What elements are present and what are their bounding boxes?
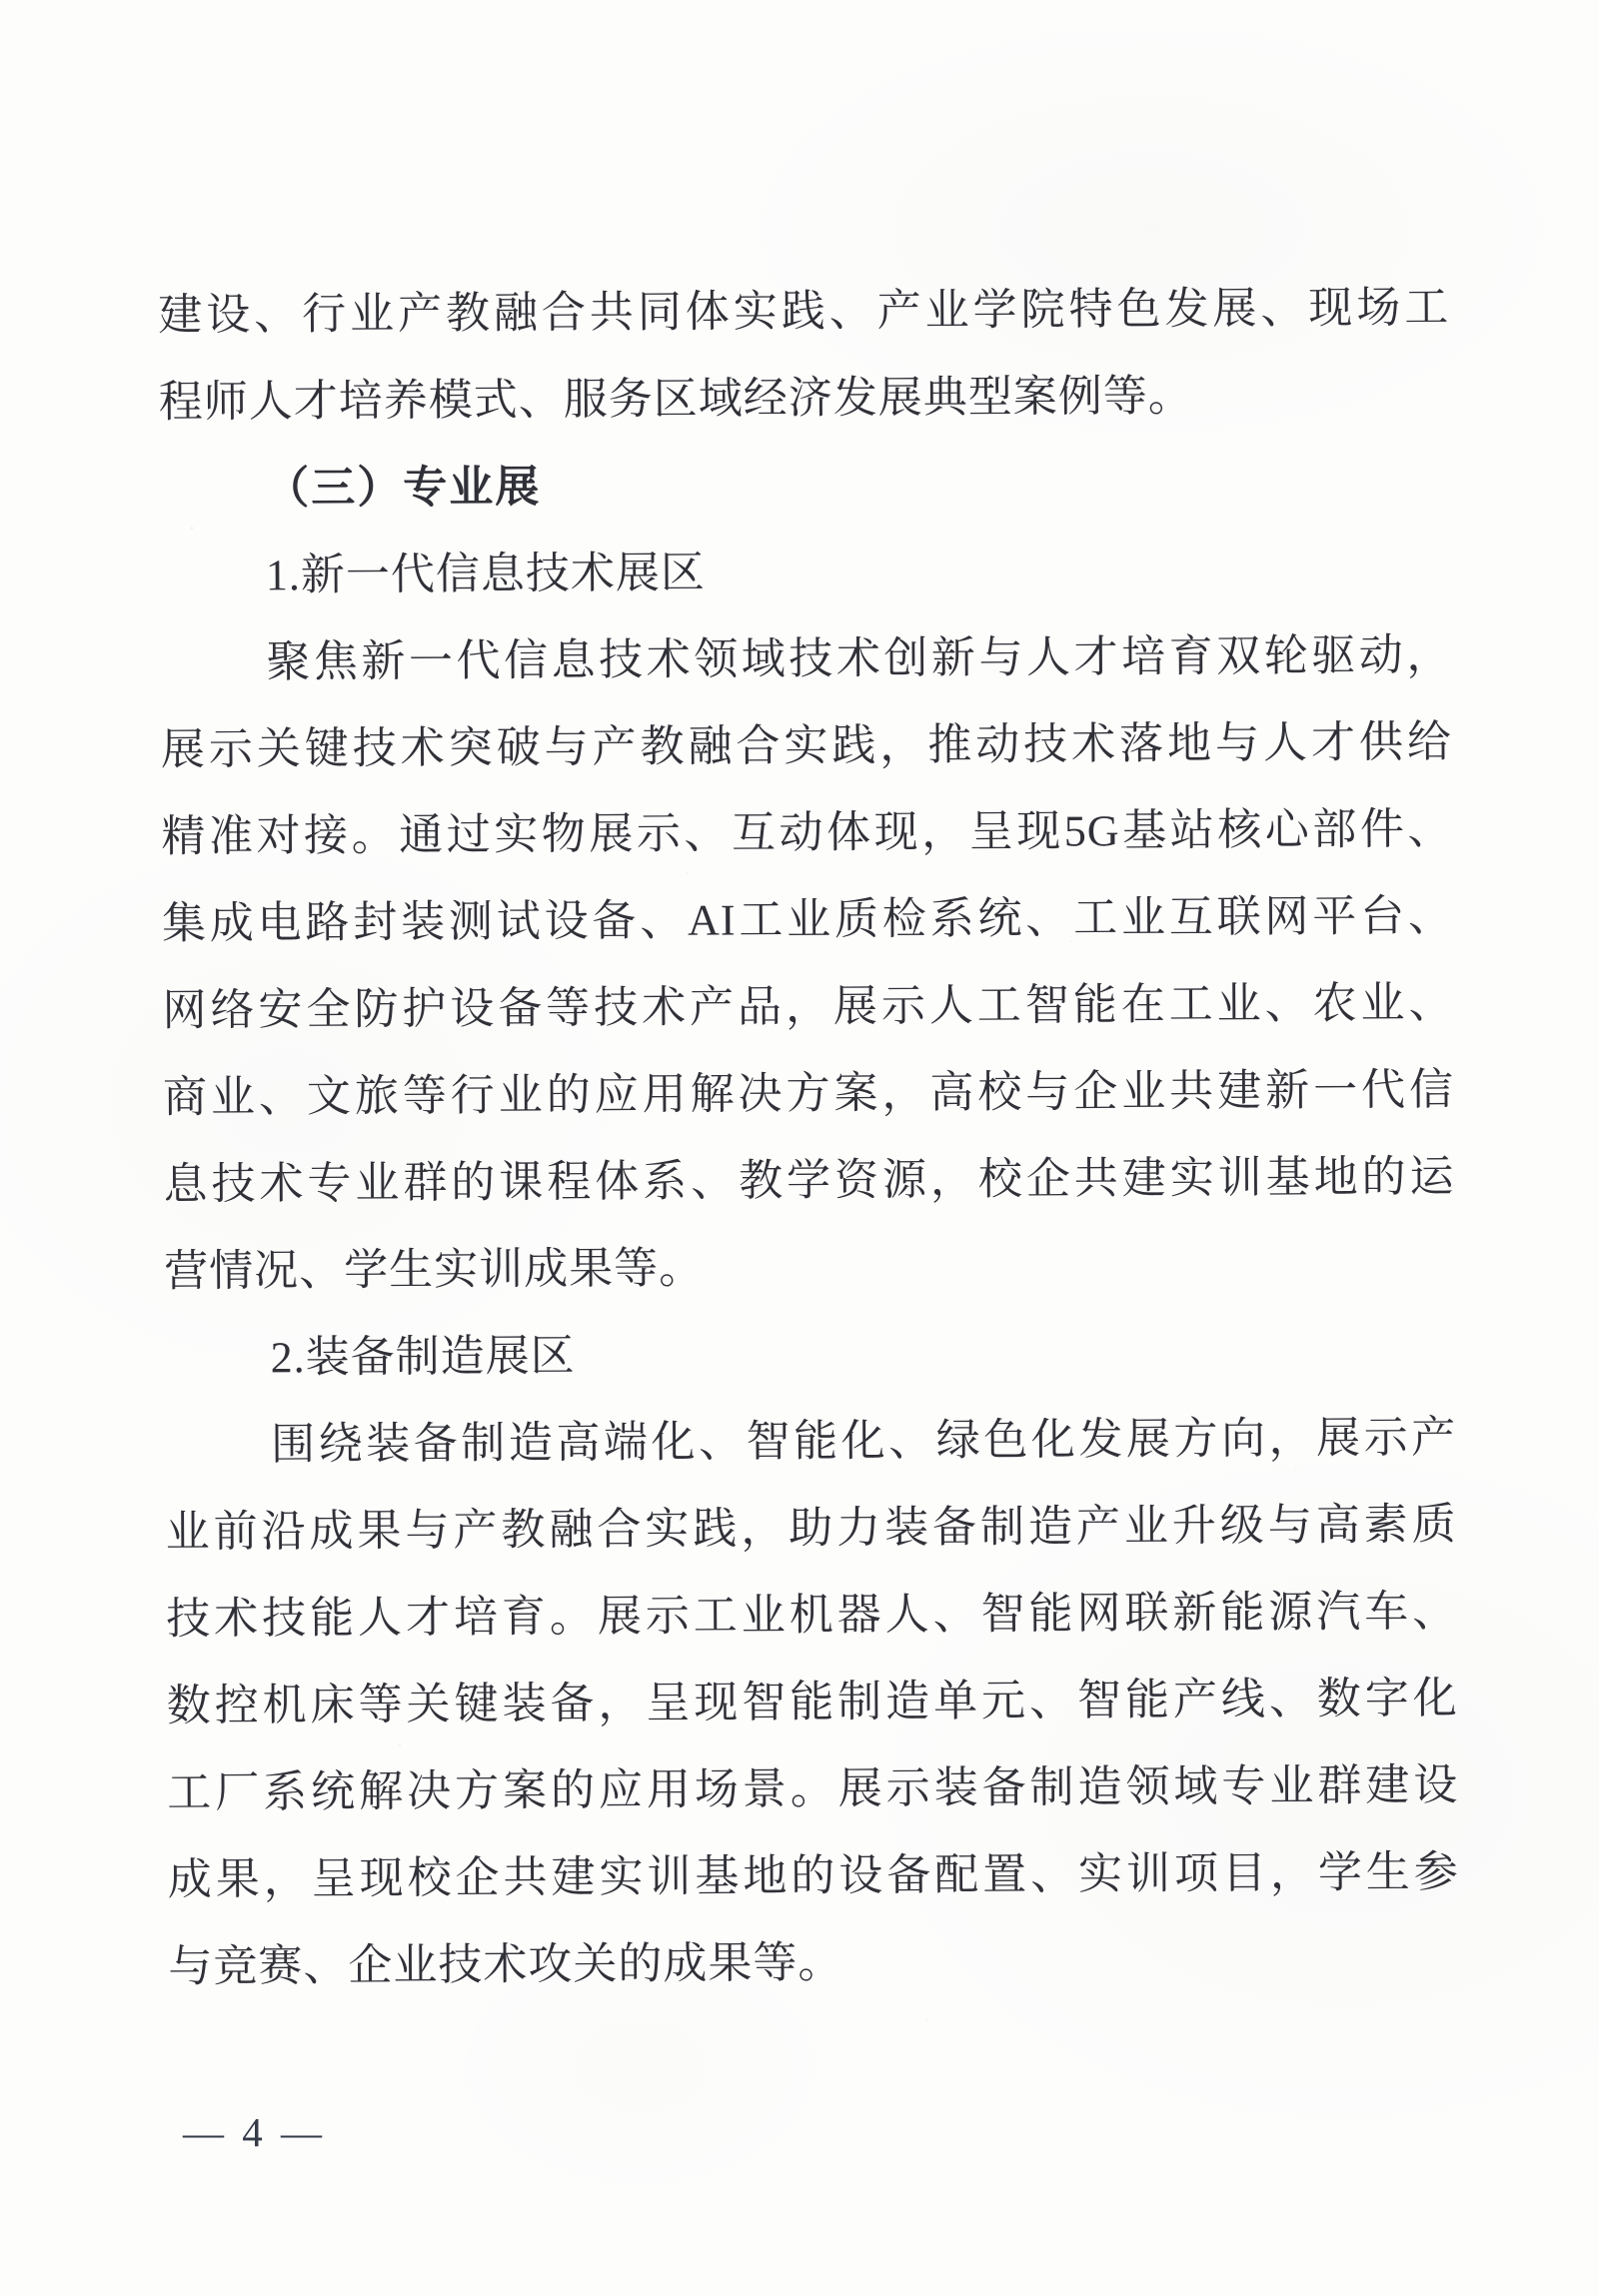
page-number: — 4 —: [183, 2106, 326, 2158]
text-line: 工厂系统解决方案的应用场景。展示装备制造领域专业群建设: [167, 1741, 1459, 1836]
text-line: 程师人才培养模式、服务区域经济发展典型案例等。: [159, 351, 1451, 446]
text-line: 成果，呈现校企共建实训基地的设备配置、实训项目，学生参: [168, 1828, 1460, 1923]
text-line: （三）专业展: [159, 438, 1451, 533]
text-line: 展示关键技术突破与产教融合实践，推动技术落地与人才供给: [161, 698, 1453, 793]
text-line: 网络安全防护设备等技术产品，展示人工智能在工业、农业、: [162, 959, 1454, 1054]
text-line: 业前沿成果与产教融合实践，助力装备制造产业升级与高素质: [165, 1481, 1457, 1576]
text-line: 集成电路封装测试设备、AI工业质检系统、工业互联网平台、: [162, 872, 1454, 967]
text-line: 营情况、学生实训成果等。: [164, 1220, 1456, 1315]
text-line: 息技术专业群的课程体系、教学资源，校企共建实训基地的运: [163, 1133, 1455, 1228]
text-line: 商业、文旅等行业的应用解决方案，高校与企业共建新一代信: [163, 1046, 1455, 1141]
text-line: 数控机床等关键装备，呈现智能制造单元、智能产线、数字化: [167, 1655, 1459, 1749]
text-line: 1.新一代信息技术展区: [160, 525, 1452, 619]
text-line: 技术技能人才培育。展示工业机器人、智能网联新能源汽车、: [166, 1568, 1458, 1663]
text-line: 围绕装备制造高端化、智能化、绿色化发展方向，展示产: [165, 1394, 1457, 1489]
scanned-page: { "colors": { "ink": "#303138", "paper":…: [0, 0, 1599, 2296]
text-line: 建设、行业产教融合共同体实践、产业学院特色发展、现场工: [158, 264, 1450, 359]
text-line: 2.装备制造展区: [164, 1307, 1456, 1402]
text-line: 精准对接。通过实物展示、互动体现，呈现5G基站核心部件、: [161, 785, 1453, 880]
document-body: 建设、行业产教融合共同体实践、产业学院特色发展、现场工程师人才培养模式、服务区域…: [158, 264, 1460, 2010]
text-line: 聚焦新一代信息技术领域技术创新与人才培育双轮驱动，: [160, 611, 1452, 706]
text-line: 与竞赛、企业技术攻关的成果等。: [168, 1915, 1460, 2010]
